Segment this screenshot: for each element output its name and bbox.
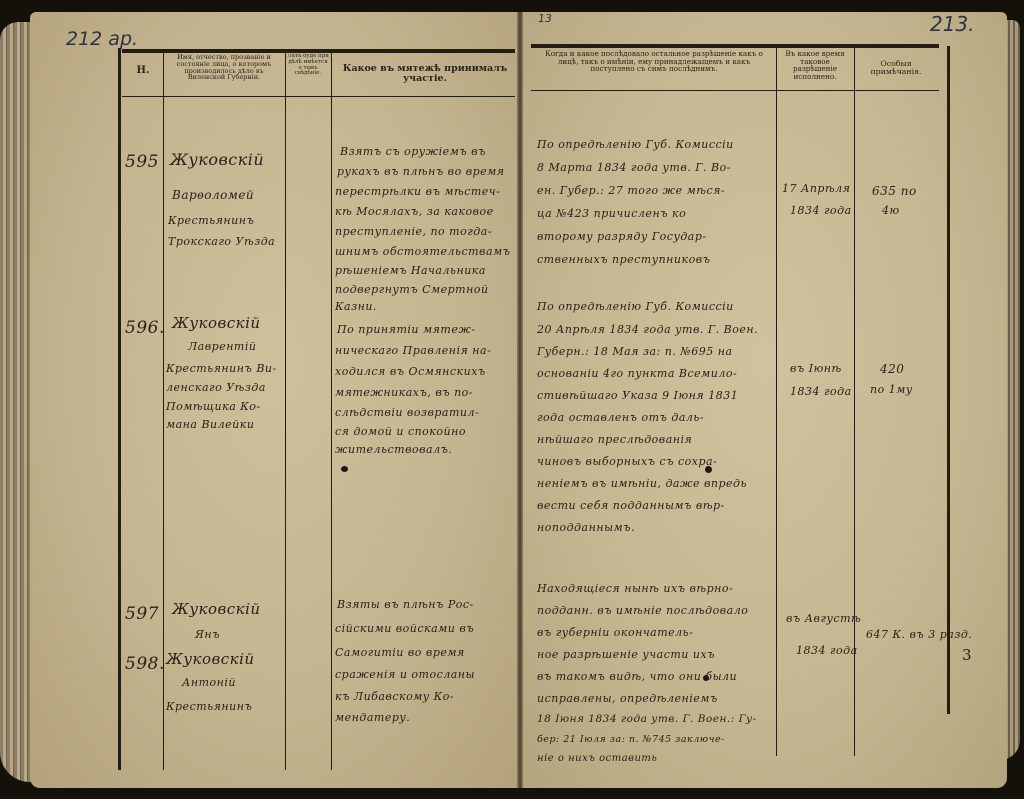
resolution-line: чиновъ выборныхъ съ сохра- — [537, 455, 717, 468]
resolution-line: 8 Марта 1834 года утв. Г. Во- — [537, 161, 731, 174]
participation-line: кѣ Мосялахъ, за каковое — [335, 205, 494, 218]
resolution-line: вести себя подданнымъ вѣр- — [537, 499, 725, 512]
participation-line: подвергнутъ Смертной — [335, 283, 489, 296]
right-small-mark: 13 — [538, 12, 552, 25]
participation-line: ническаго Правленія на- — [335, 344, 491, 357]
name-line: Помѣщика Ко- — [166, 400, 261, 413]
col-divider-resolution — [776, 46, 777, 756]
remarks-line: 635 по — [872, 184, 917, 198]
participation-line: Взяты въ плѣнъ Рос- — [337, 598, 474, 611]
participation-line: перестрѣлки въ мѣстеч- — [335, 185, 500, 198]
name-line: Крестьянинъ — [168, 214, 254, 227]
header-participation: Какое въ мятежѣ принималъ участіе. — [333, 64, 517, 84]
right-top-thick-rule — [531, 44, 939, 48]
resolution-line: ное разрѣшеніе участи ихъ — [537, 648, 715, 661]
participation-line: сійскими войсками въ — [335, 622, 474, 635]
resolution-line: По опредѣленію Губ. Комиссіи — [537, 138, 734, 151]
ink-blot — [705, 466, 712, 473]
resolution-line: ственныхъ преступниковъ — [537, 253, 710, 266]
left-outer-border — [118, 48, 121, 770]
remarks-line: 420 — [880, 362, 904, 376]
resolution-line: года оставленъ отъ даль- — [537, 411, 704, 424]
participation-line: ходился въ Осмянскихъ — [335, 365, 486, 378]
participation-line: преступленіе, по тогда- — [335, 225, 492, 238]
resolution-line: Губерн.: 18 Мая за: п. №695 на — [537, 345, 733, 358]
name-line: Трокскаго Уѣзда — [168, 235, 275, 248]
participation-line: Самогитіи во время — [335, 646, 465, 659]
participation-line: Взятъ съ оружіемъ въ — [340, 145, 486, 158]
participation-line: мятежникахъ, въ по- — [335, 386, 473, 399]
resolution-line: ніе о нихъ оставить — [537, 753, 657, 764]
executed-line: въ Іюнѣ — [790, 362, 842, 375]
participation-line: ся домой и спокойно — [335, 425, 466, 438]
resolution-line: стивѣйшаго Указа 9 Іюня 1831 — [537, 389, 738, 402]
remarks-line: 4ю — [882, 204, 900, 217]
resolution-line: бер: 21 Іюля за: п. №745 заключе- — [537, 734, 725, 745]
header-resolution: Когда и какое послѣдовало остальное разр… — [535, 50, 773, 73]
resolution-line: ноподданнымъ. — [537, 521, 635, 534]
name-line: Крестьянинъ Ви- — [166, 362, 277, 375]
col-divider-name — [285, 52, 286, 770]
participation-line: сраженія и отосланы — [335, 668, 475, 681]
resolution-line: основаніи 4го пункта Всемило- — [537, 367, 737, 380]
resolution-line: 20 Апрѣля 1834 года утв. Г. Воен. — [537, 323, 758, 336]
participation-line: По принятіи мятеж- — [337, 323, 476, 336]
resolution-line: второму разряду Государ- — [537, 230, 707, 243]
participation-line: мендатеру. — [335, 711, 410, 724]
name-line: Жуковскій — [166, 650, 255, 668]
header-vertical-col: Лѣта буде при дѣлѣ имѣется о томъ свѣдѣн… — [287, 54, 329, 94]
header-number: Н. — [124, 66, 162, 77]
name-line: мана Вилейки — [166, 418, 254, 431]
executed-line: 1834 года — [790, 204, 852, 217]
executed-line: 1834 года — [790, 385, 852, 398]
name-line: Антоній — [182, 676, 236, 689]
resolution-line: въ губерніи окончатель- — [537, 626, 693, 639]
resolution-line: неніемъ въ имѣніи, даже впредь — [537, 477, 747, 490]
open-ledger-book: 212 ар. 213. 13 Н. Имя, отчество, прозва… — [0, 0, 1024, 799]
name-line: Лаврентій — [188, 340, 256, 353]
name-line: ленскаго Уѣзда — [166, 381, 266, 394]
participation-line: слѣдствіи возвратил- — [335, 406, 479, 419]
participation-line: рѣшеніемъ Начальника — [335, 264, 486, 277]
name-line: Жуковскій — [172, 314, 261, 332]
participation-line: къ Либавскому Ко- — [335, 690, 454, 703]
resolution-line: нѣйшаго преслѣдованія — [537, 433, 692, 446]
right-outer-border — [947, 46, 950, 714]
row-number: 596. — [125, 318, 165, 338]
ink-blot — [341, 466, 348, 472]
col-divider-vertical — [331, 52, 332, 770]
resolution-line: исправлены, опредѣленіемъ — [537, 692, 718, 705]
row-number: 598. — [125, 654, 165, 674]
right-folio-number: 213. — [930, 12, 975, 36]
participation-line: шнимъ обстоятельствамъ — [335, 245, 510, 258]
header-remarks: Особыя примѣчанія. — [856, 60, 936, 76]
name-line: Жуковскій — [170, 150, 264, 169]
resolution-line: подданн. въ имѣніе послѣдовало — [537, 604, 748, 617]
left-header-bottom-rule — [122, 96, 515, 97]
resolution-line: ца №423 причисленъ ко — [537, 207, 686, 220]
participation-line: Казни. — [335, 300, 377, 313]
left-folio-number: 212 ар. — [66, 28, 138, 50]
resolution-line: Находящіеся нынѣ ихъ вѣрно- — [537, 582, 733, 595]
participation-line: рукахъ въ плѣнъ во время — [337, 165, 505, 178]
name-line: Янъ — [195, 628, 220, 641]
name-line: Крестьянинъ — [166, 700, 252, 713]
book-gutter — [517, 12, 523, 788]
remarks-line: 3 — [962, 646, 972, 664]
participation-line: жительствовалъ. — [335, 443, 452, 456]
remarks-line: по 1му — [870, 383, 913, 396]
executed-line: въ Августѣ — [786, 612, 861, 625]
resolution-line: По опредѣленію Губ. Комиссіи — [537, 300, 734, 313]
row-number: 595 — [125, 152, 159, 172]
remarks-line: 647 К. въ 3 разд. — [866, 628, 972, 641]
row-number: 597 — [125, 604, 159, 624]
name-line: Варѳоломей — [172, 188, 254, 202]
header-name: Имя, отчество, прозваніе и состояніе лиц… — [165, 54, 283, 81]
resolution-line: ен. Губер.: 27 того же мѣся- — [537, 184, 725, 197]
executed-line: 17 Апрѣля — [782, 182, 850, 195]
header-executed: Въ какое время таковое разрѣшеніе исполн… — [778, 50, 852, 80]
resolution-line: 18 Іюня 1834 года утв. Г. Воен.: Гу- — [537, 713, 757, 725]
name-line: Жуковскій — [172, 600, 261, 618]
ink-blot — [703, 675, 709, 681]
right-header-bottom-rule — [531, 90, 939, 91]
executed-line: 1834 года — [796, 644, 858, 657]
